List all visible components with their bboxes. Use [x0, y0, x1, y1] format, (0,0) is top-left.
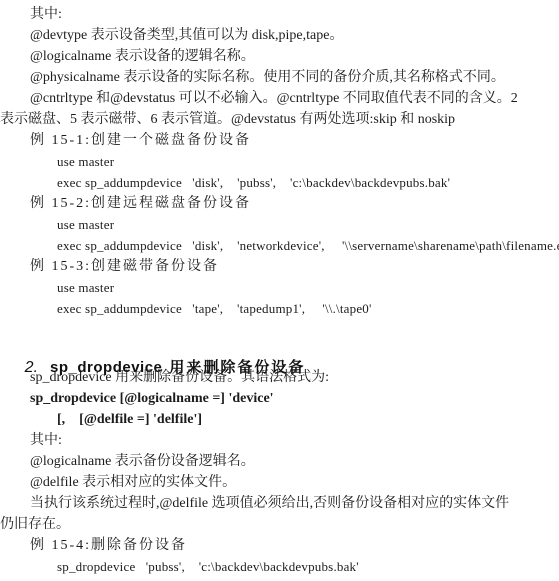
- section2-param-logicalname-line: @logicalname 表示备份设备逻辑名。: [0, 451, 559, 472]
- section2-description: sp_dropdevice 用来删除备份设备。其语法格式为:: [0, 367, 559, 388]
- param-devtype-line: @devtype 表示设备类型,其值可以为 disk,pipe,tape。: [0, 25, 559, 46]
- param-logicalname-line: @logicalname 表示设备的逻辑名称。: [0, 46, 559, 67]
- example1-title: 例 15-1:创建一个磁盘备份设备: [0, 130, 559, 151]
- section2-heading: 2.sp_dropdevice用来删除备份设备: [0, 329, 559, 355]
- example3-code-exec: exec sp_addumpdevice 'tape', 'tapedump1'…: [0, 298, 559, 319]
- example2-code-use-master: use master: [0, 214, 559, 235]
- example2-title: 例 15-2:创建远程磁盘备份设备: [0, 193, 559, 214]
- section2-syntax-line-2: [, [@delfile =] 'delfile']: [0, 409, 559, 430]
- example1-code-use-master: use master: [0, 151, 559, 172]
- section2-where-label: 其中:: [0, 430, 559, 451]
- param-physicalname-line: @physicalname 表示设备的实际名称。使用不同的备份介质,其名称格式不…: [0, 67, 559, 88]
- example3-title: 例 15-3:创建磁带备份设备: [0, 256, 559, 277]
- example3-code-use-master: use master: [0, 277, 559, 298]
- section2-syntax-line-1: sp_dropdevice [@logicalname =] 'device': [0, 388, 559, 409]
- intro-where-label: 其中:: [0, 4, 559, 25]
- example2-code-exec: exec sp_addumpdevice 'disk', 'networkdev…: [0, 235, 559, 256]
- example4-code-drop: sp_dropdevice 'pubss', 'c:\backdev\backd…: [0, 556, 559, 577]
- example4-title: 例 15-4:删除备份设备: [0, 535, 559, 556]
- document-page: 其中: @devtype 表示设备类型,其值可以为 disk,pipe,tape…: [0, 0, 559, 581]
- section2-param-delfile-line: @delfile 表示相对应的实体文件。: [0, 472, 559, 493]
- param-cntrltype-line-1: @cntrltype 和@devstatus 可以不必输入。@cntrltype…: [0, 88, 559, 109]
- section2-note-line-1: 当执行该系统过程时,@delfile 选项值必须给出,否则备份设备相对应的实体文…: [0, 493, 559, 514]
- example1-code-exec: exec sp_addumpdevice 'disk', 'pubss', 'c…: [0, 172, 559, 193]
- param-cntrltype-line-2: 表示磁盘、5 表示磁带、6 表示管道。@devstatus 有两处选项:skip…: [0, 109, 559, 130]
- section2-note-line-2: 仍旧存在。: [0, 514, 559, 535]
